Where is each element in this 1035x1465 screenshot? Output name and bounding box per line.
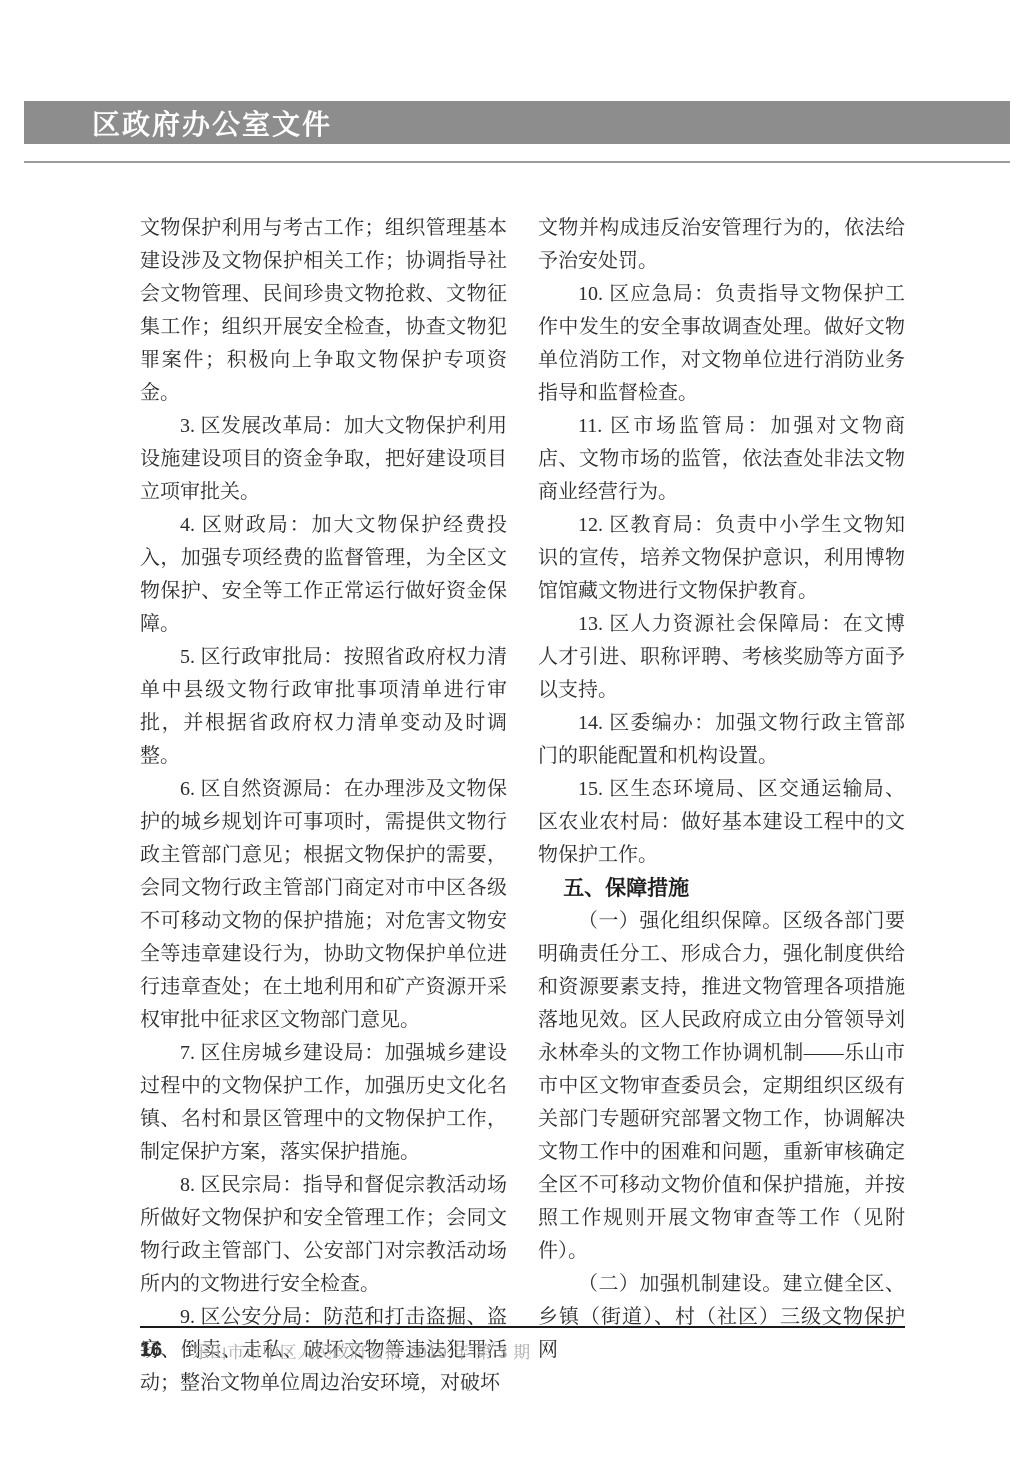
- document-paragraph: 文物保护利用与考古工作；组织管理基本建设涉及文物保护相关工作；协调指导社会文物管…: [140, 212, 507, 410]
- footer-rule: [140, 1326, 905, 1328]
- document-paragraph: 12. 区教育局：负责中小学生文物知识的宣传，培养文物保护意识，利用博物馆馆藏文…: [538, 509, 905, 608]
- gazette-page: 区政府办公室文件 文物保护利用与考古工作；组织管理基本建设涉及文物保护相关工作；…: [0, 0, 1035, 1465]
- document-paragraph: 15. 区生态环境局、区交通运输局、区农业农村局：做好基本建设工程中的文物保护工…: [538, 773, 905, 872]
- document-paragraph: 10. 区应急局：负责指导文物保护工作中发生的安全事故调查处理。做好文物单位消防…: [538, 278, 905, 410]
- document-paragraph: 8. 区民宗局：指导和督促宗教活动场所做好文物保护和安全管理工作；会同文物行政主…: [140, 1169, 507, 1301]
- page-footer: 16 乐山市市中区人民政府公报 2019 年 第 3 期: [140, 1336, 905, 1364]
- header-banner: 区政府办公室文件: [24, 101, 1010, 144]
- document-paragraph: 5. 区行政审批局：按照省政府权力清单中县级文物行政审批事项清单进行审批，并根据…: [140, 641, 507, 773]
- document-paragraph: 3. 区发展改革局：加大文物保护利用设施建设项目的资金争取，把好建设项目立项审批…: [140, 410, 507, 509]
- document-body: 文物保护利用与考古工作；组织管理基本建设涉及文物保护相关工作；协调指导社会文物管…: [140, 212, 906, 1400]
- document-paragraph: 4. 区财政局：加大文物保护经费投入，加强专项经费的监督管理，为全区文物保护、安…: [140, 509, 507, 641]
- document-paragraph: 文物并构成违反治安管理行为的，依法给予治安处罚。: [538, 212, 905, 278]
- document-paragraph: 11. 区市场监管局：加强对文物商店、文物市场的监管，依法查处非法文物商业经营行…: [538, 410, 905, 509]
- document-paragraph: 7. 区住房城乡建设局：加强城乡建设过程中的文物保护工作，加强历史文化名镇、名村…: [140, 1037, 507, 1169]
- column-right: 文物并构成违反治安管理行为的，依法给予治安处罚。 10. 区应急局：负责指导文物…: [538, 212, 905, 1400]
- column-left: 文物保护利用与考古工作；组织管理基本建设涉及文物保护相关工作；协调指导社会文物管…: [140, 212, 507, 1400]
- document-paragraph: （一）强化组织保障。区级各部门要明确责任分工、形成合力，强化制度供给和资源要素支…: [538, 905, 905, 1268]
- page-number: 16: [140, 1339, 162, 1362]
- gazette-title: 乐山市市中区人民政府公报 2019 年 第 3 期: [192, 1338, 530, 1363]
- document-paragraph: 13. 区人力资源社会保障局：在文博人才引进、职称评聘、考核奖励等方面予以支持。: [538, 608, 905, 707]
- banner-title: 区政府办公室文件: [92, 103, 332, 143]
- document-paragraph: 14. 区委编办：加强文物行政主管部门的职能配置和机构设置。: [538, 707, 905, 773]
- section-heading: 五、保障措施: [538, 872, 905, 905]
- header-rule: [24, 161, 1010, 163]
- document-paragraph: 6. 区自然资源局：在办理涉及文物保护的城乡规划许可事项时，需提供文物行政主管部…: [140, 773, 507, 1037]
